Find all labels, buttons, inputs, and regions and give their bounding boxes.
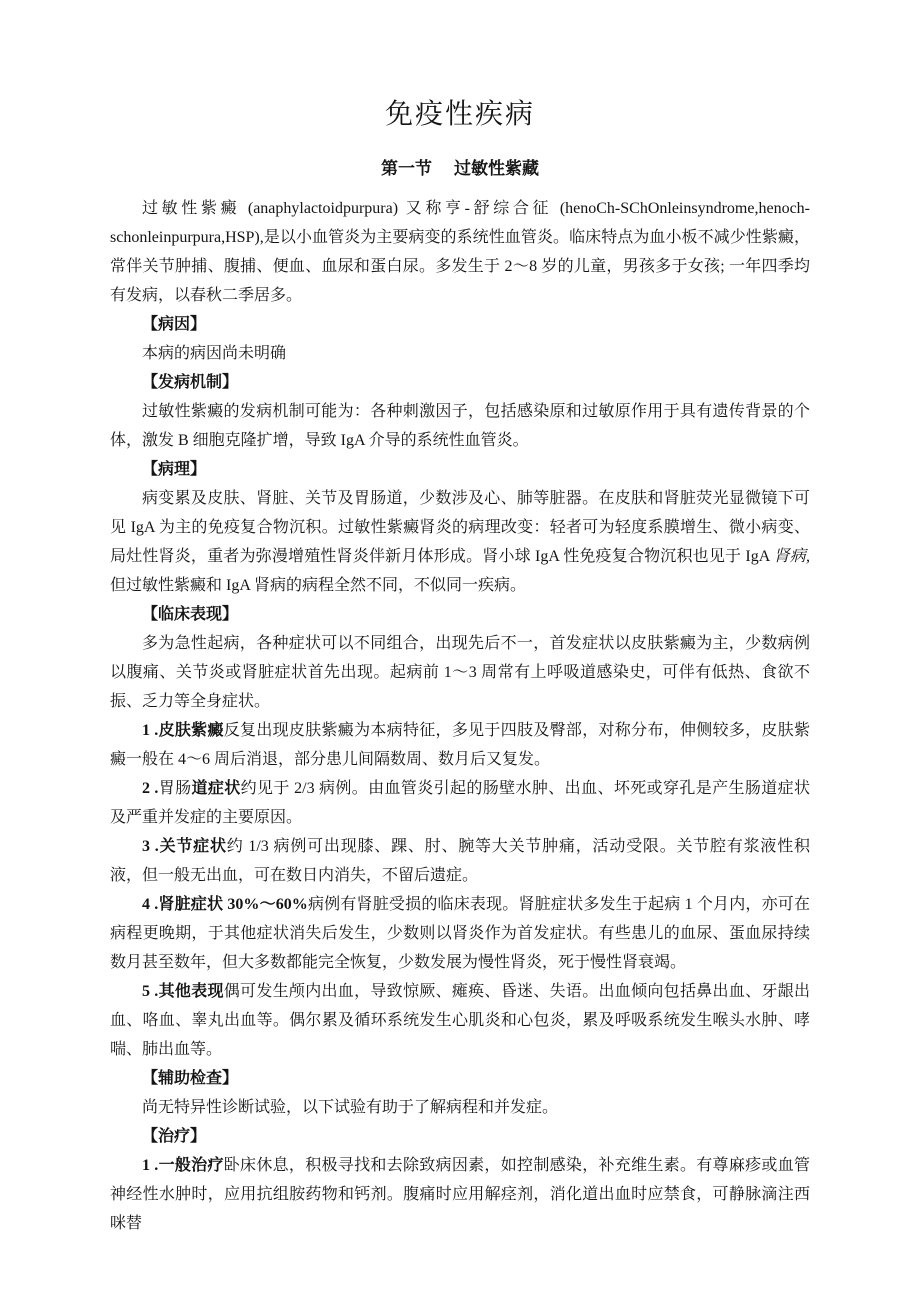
subheading-treatment: 【治疗】 [110, 1122, 810, 1151]
item-number: 3 . [142, 838, 159, 855]
clinical-item-2: 2 .胃肠道症状约见于 2/3 病例。由血管炎引起的肠壁水肿、出血、坏死或穿孔是… [110, 774, 810, 832]
pathology-text-post: 但过敏性紫癜和 IgA 肾病的病程全然不同，不似同一疾病。 [110, 577, 526, 594]
pathology-text-italic: 肾病, [774, 548, 810, 565]
subheading-auxiliary: 【辅助检查】 [110, 1064, 810, 1093]
subheading-mechanism: 【发病机制】 [110, 368, 810, 397]
mechanism-paragraph: 过敏性紫癜的发病机制可能为：各种刺激因子，包括感染原和过敏原作用于具有遗传背景的… [110, 397, 810, 455]
intro-paragraph: 过敏性紫癜 (anaphylactoidpurpura) 又称亨-舒综合征 (h… [110, 194, 810, 310]
section-number: 第一节 [381, 159, 432, 178]
clinical-item-3: 3 .关节症状约 1/3 病例可出现膝、踝、肘、腕等大关节肿痛，活动受限。关节腔… [110, 832, 810, 890]
document-page: 免疫性疾病 第一节过敏性紫藏 过敏性紫癜 (anaphylactoidpurpu… [0, 0, 920, 1301]
subheading-pathology: 【病理】 [110, 455, 810, 484]
item-term: 一般治疗 [158, 1157, 223, 1174]
clinical-item-4: 4 .肾脏症状 30%～60%病例有肾脏受损的临床表现。肾脏症状多发生于起病 1… [110, 890, 810, 977]
subheading-etiology: 【病因】 [110, 310, 810, 339]
item-term: 关节症状 [159, 838, 227, 855]
item-term: 肾脏症状 30%～60% [158, 896, 308, 913]
treatment-item-1: 1 .一般治疗卧床休息，积极寻找和去除致病因素，如控制感染，补充维生素。有尊麻疹… [110, 1151, 810, 1238]
clinical-item-5: 5 .其他表现偶可发生颅内出血，导致惊厥、瘫痪、昏迷、失语。出血倾向包括鼻出血、… [110, 977, 810, 1064]
item-number: 1 . [142, 722, 158, 739]
clinical-intro-paragraph: 多为急性起病，各种症状可以不同组合，出现先后不一，首发症状以皮肤紫癜为主，少数病… [110, 629, 810, 716]
item-term: 皮肤紫癜 [158, 722, 223, 739]
clinical-item-1: 1 .皮肤紫癜反复出现皮肤紫癜为本病特征，多见于四肢及臀部，对称分布，伸侧较多，… [110, 716, 810, 774]
auxiliary-paragraph: 尚无特异性诊断试验，以下试验有助于了解病程和并发症。 [110, 1093, 810, 1122]
document-title: 免疫性疾病 [110, 98, 810, 132]
section-title: 过敏性紫藏 [454, 159, 539, 178]
etiology-paragraph: 本病的病因尚未明确 [110, 339, 810, 368]
item-number: 5 . [142, 983, 158, 1000]
item-term: 道症状 [192, 780, 241, 797]
item-pre: 胃肠 [158, 780, 191, 797]
pathology-paragraph: 病变累及皮肤、肾脏、关节及胃肠道，少数涉及心、肺等脏器。在皮肤和肾脏荧光显微镜下… [110, 484, 810, 600]
item-number: 4 . [142, 896, 158, 913]
item-term: 其他表现 [158, 983, 223, 1000]
item-number: 2 . [142, 780, 158, 797]
section-heading: 第一节过敏性紫藏 [110, 158, 810, 180]
pathology-text-pre: 病变累及皮肤、肾脏、关节及胃肠道，少数涉及心、肺等脏器。在皮肤和肾脏荧光显微镜下… [110, 490, 810, 565]
item-number: 1 . [142, 1157, 158, 1174]
subheading-clinical: 【临床表现】 [110, 600, 810, 629]
